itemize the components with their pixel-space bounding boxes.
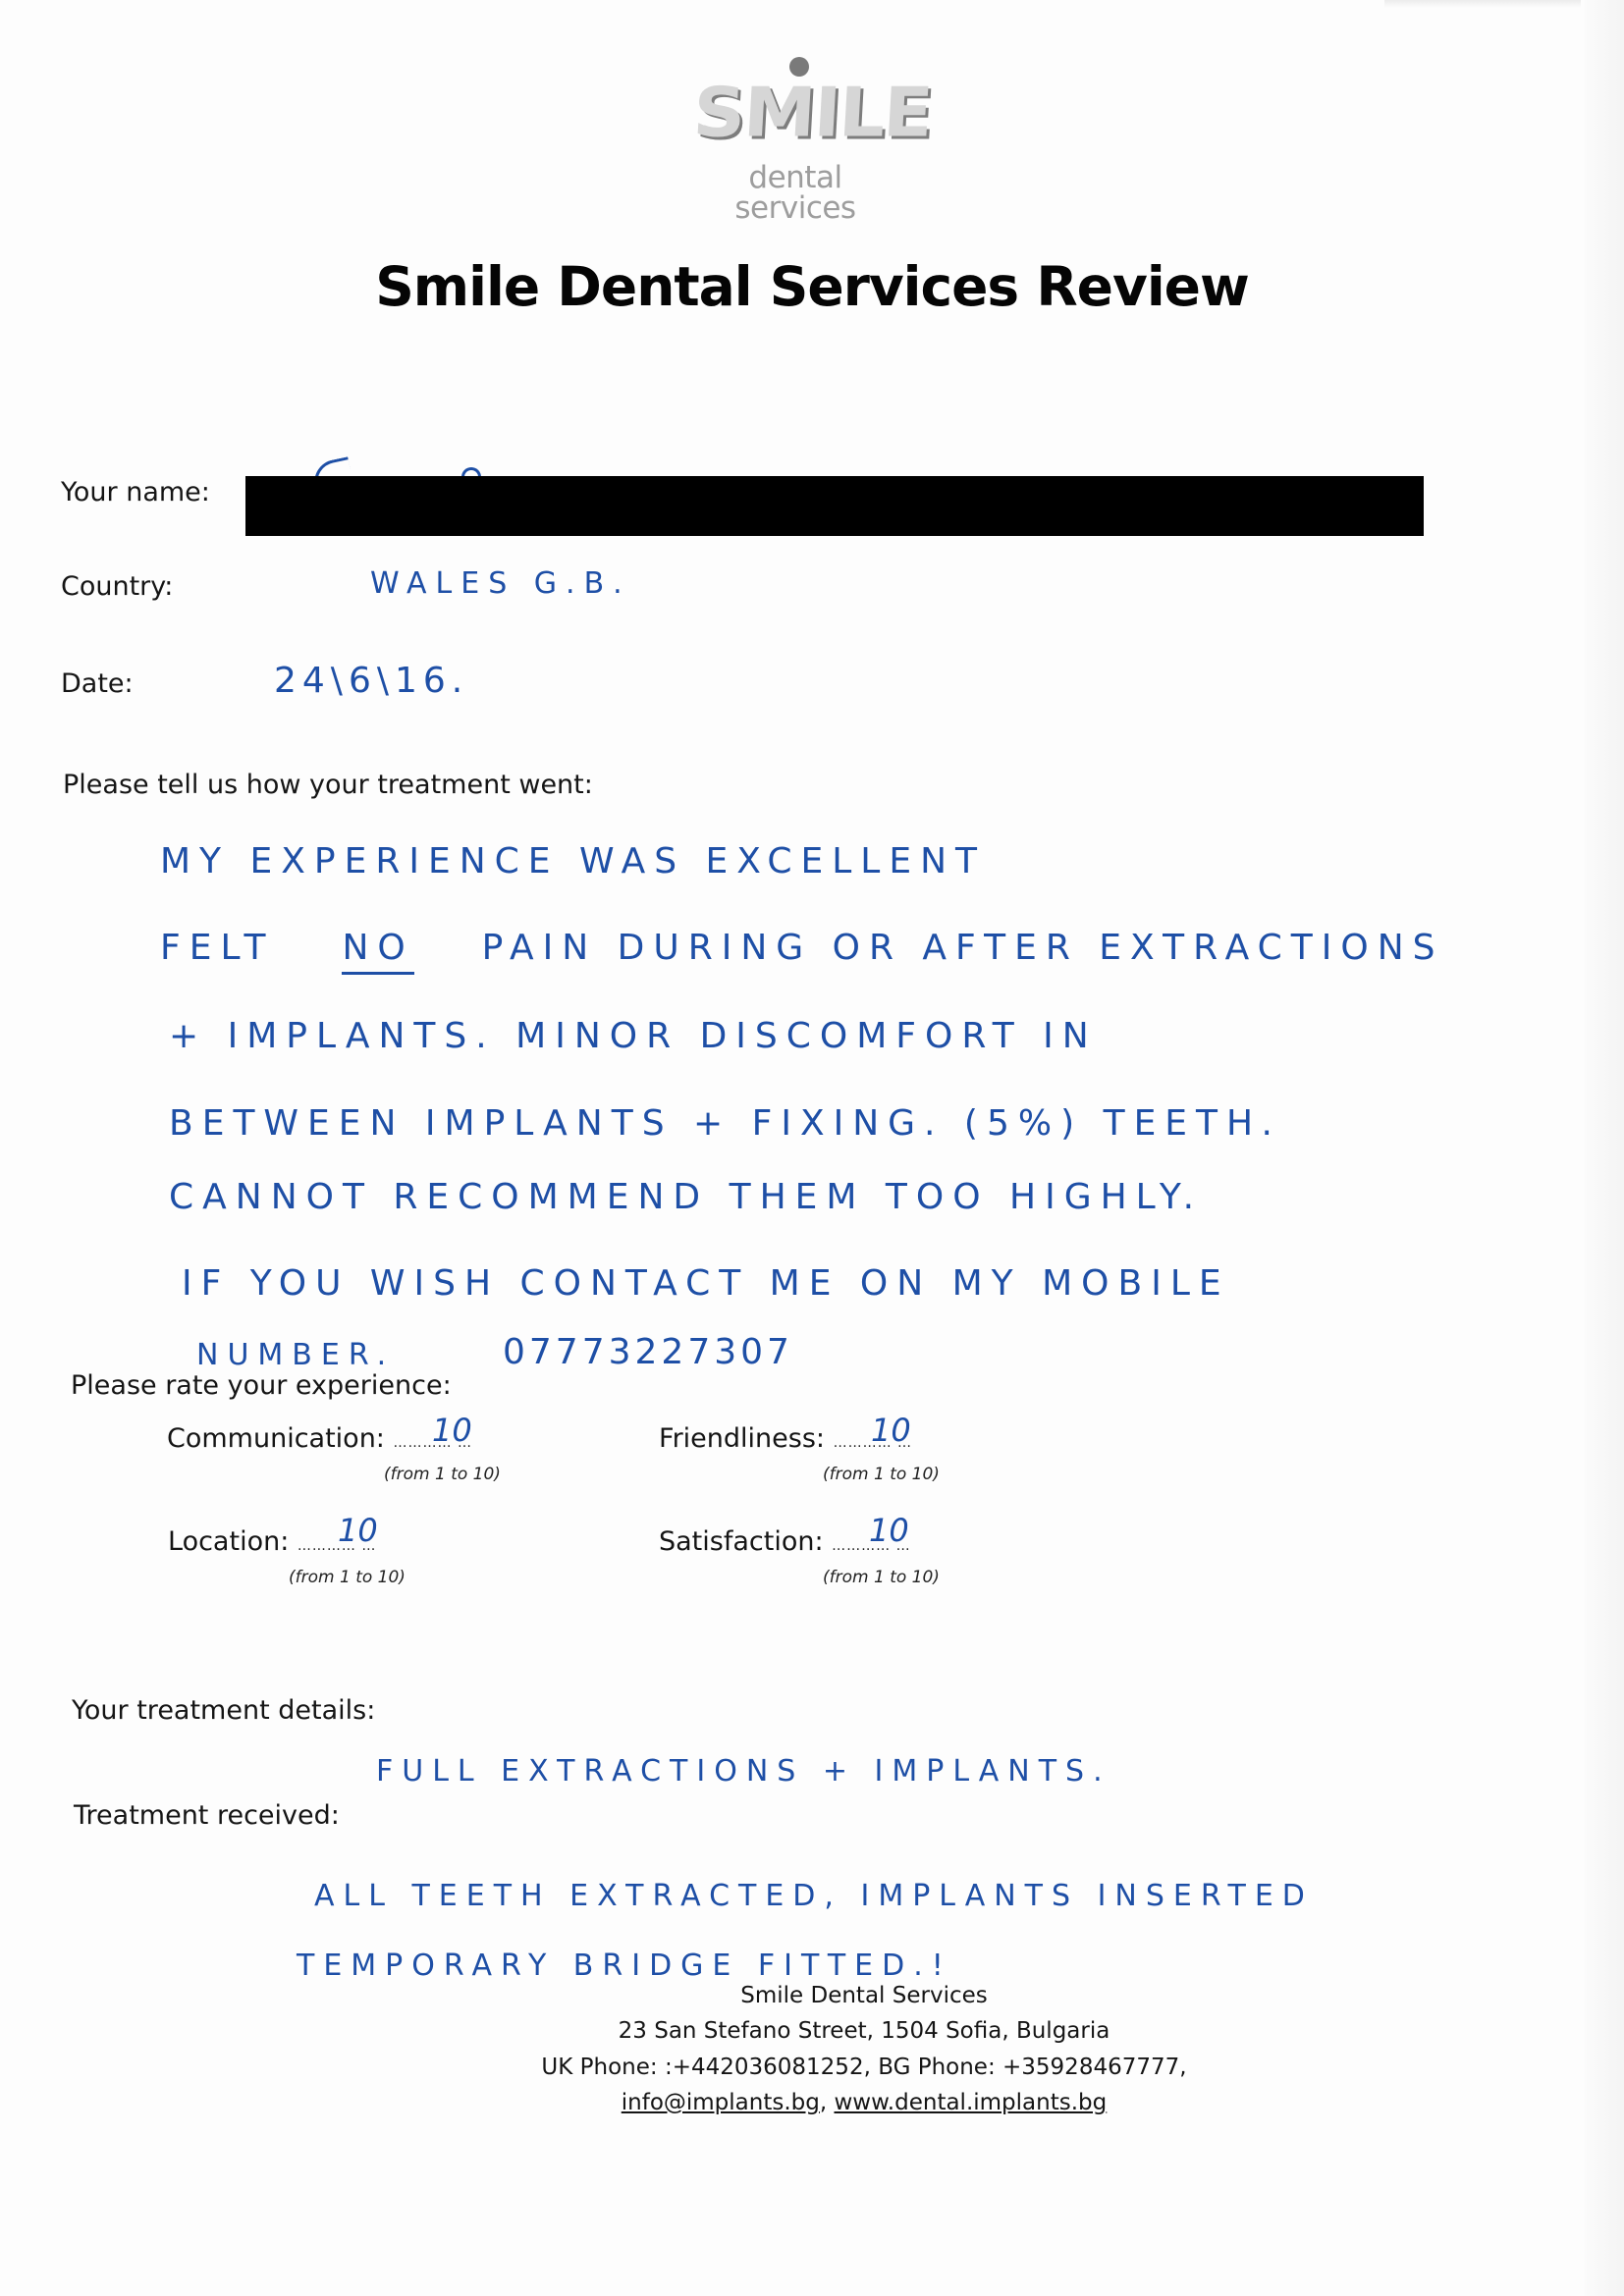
date-label: Date: xyxy=(61,670,134,697)
rating-scale-hint: (from 1 to 10) xyxy=(289,1570,406,1586)
scan-top-shading xyxy=(1384,0,1581,8)
rating-label: Communication: ………… … xyxy=(167,1425,472,1452)
treatment-details-value: FULL EXTRACTIONS + IMPLANTS. xyxy=(376,1757,1111,1787)
rating-label-text: Friendliness: xyxy=(659,1423,825,1454)
rating-value: 10 xyxy=(432,1412,472,1449)
response-line: + IMPLANTS. MINOR DISCOMFORT IN xyxy=(169,1019,1098,1054)
response-word: FELT xyxy=(160,928,275,968)
response-word: PAIN DURING OR AFTER EXTRACTIONS xyxy=(482,928,1444,968)
rating-scale-hint: (from 1 to 10) xyxy=(823,1570,940,1586)
treatment-received-line: TEMPORARY BRIDGE FITTED.! xyxy=(297,1951,952,1981)
smile-logo: SMILE dental services xyxy=(687,55,903,202)
logo-wordmark: SMILE xyxy=(691,79,901,147)
country-value: WALES G.B. xyxy=(370,569,631,599)
page-title: Smile Dental Services Review xyxy=(0,257,1624,317)
rating-label-text: Location: xyxy=(168,1526,289,1557)
treatment-received-line: ALL TEETH EXTRACTED, IMPLANTS INSERTED xyxy=(314,1882,1314,1911)
logo-subtitle: dental services xyxy=(687,163,903,224)
scan-edge-shading xyxy=(1585,0,1624,2296)
response-line: IF YOU WISH CONTACT ME ON MY MOBILE xyxy=(182,1266,1230,1302)
rating-label-text: Communication: xyxy=(167,1423,385,1454)
treatment-question: Please tell us how your treatment went: xyxy=(63,772,593,798)
rating-value: 10 xyxy=(338,1512,378,1549)
treatment-received-label: Treatment received: xyxy=(74,1802,340,1829)
rating-value: 10 xyxy=(869,1512,909,1549)
name-redaction-bar xyxy=(245,476,1424,536)
rating-heading: Please rate your experience: xyxy=(71,1372,452,1399)
footer-address: 23 San Stefano Street, 1504 Sofia, Bulga… xyxy=(0,2020,1624,2043)
response-line: BETWEEN IMPLANTS + FIXING. (5%) TEETH. xyxy=(169,1106,1281,1142)
country-label: Country: xyxy=(61,573,173,600)
footer-company: Smile Dental Services xyxy=(0,1985,1624,2007)
rating-scale-hint: (from 1 to 10) xyxy=(384,1467,501,1483)
date-value: 24\6\16. xyxy=(274,664,468,699)
response-line: NUMBER. xyxy=(196,1341,395,1370)
footer-website-link[interactable]: www.dental.implants.bg xyxy=(834,2090,1107,2115)
footer-contact: info@implants.bg, www.dental.implants.bg xyxy=(0,2092,1624,2114)
rating-label-text: Satisfaction: xyxy=(659,1526,824,1557)
name-label: Your name: xyxy=(61,479,210,506)
response-line: MY EXPERIENCE WAS EXCELLENT xyxy=(160,844,986,880)
response-line: FELT NO PAIN DURING OR AFTER EXTRACTIONS xyxy=(160,931,1443,966)
rating-scale-hint: (from 1 to 10) xyxy=(823,1467,940,1483)
underlined-word: NO xyxy=(342,928,413,975)
treatment-details-label: Your treatment details: xyxy=(72,1697,375,1724)
footer-email-link[interactable]: info@implants.bg xyxy=(622,2090,820,2115)
phone-number: 07773227307 xyxy=(503,1335,793,1370)
response-line: CANNOT RECOMMEND THEM TOO HIGHLY. xyxy=(169,1180,1203,1215)
footer-separator: , xyxy=(820,2090,835,2115)
rating-value: 10 xyxy=(871,1412,911,1449)
footer-phones: UK Phone: :+442036081252, BG Phone: +359… xyxy=(0,2056,1624,2079)
